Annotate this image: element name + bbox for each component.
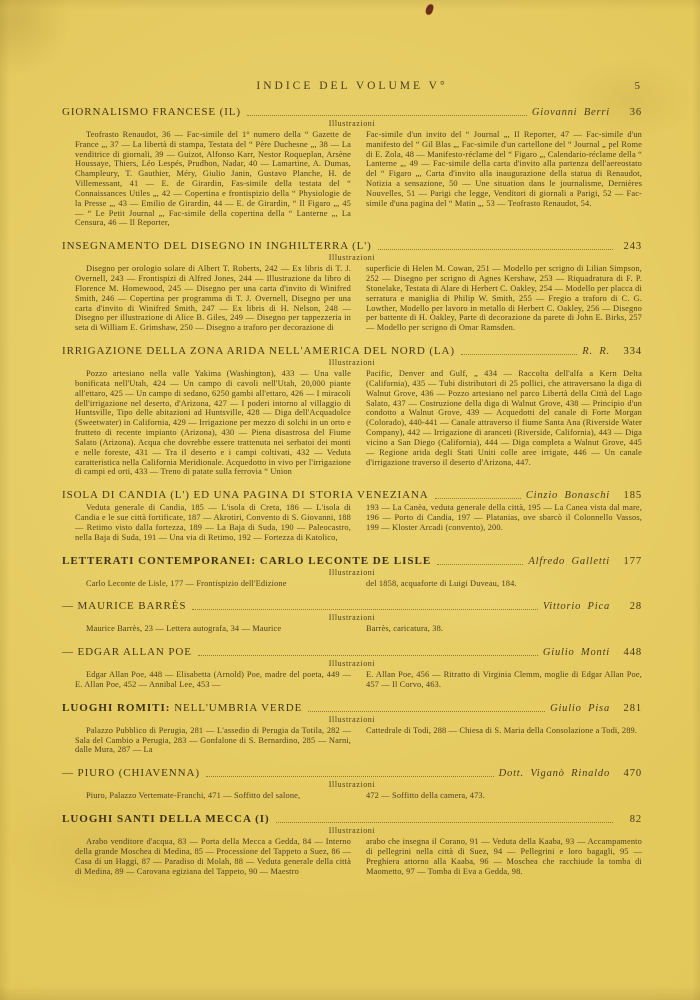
entry-title-strong: LUOGHI ROMITI: [62,702,174,714]
illustrations-label: Illustrazioni [62,826,642,835]
entry-title: INSEGNAMENTO DEL DISEGNO IN INGHILTERRA … [62,240,372,252]
entry-title: ISOLA DI CANDIA (L') ED UNA PAGINA DI ST… [62,489,429,501]
illustrations-column-right: Fac-simile d'un invito del “ Journal „, … [366,130,642,228]
dotted-leader [192,608,537,610]
index-entry: IRRIGAZIONE DELLA ZONA ARIDA NELL'AMERIC… [62,345,642,477]
entry-title: — EDGAR ALLAN POE [62,646,192,658]
index-entry: LETTERATI CONTEMPORANEI: CARLO LECONTE D… [62,555,642,589]
entry-heading: ISOLA DI CANDIA (L') ED UNA PAGINA DI ST… [62,489,642,501]
entry-title: — MAURICE BARRÈS [62,600,186,612]
entry-title-text: — PIURO (CHIAVENNA) [62,767,200,779]
entry-page-number: 82 [618,814,642,825]
entry-page-number: 36 [618,107,642,118]
entry-illustrations-text: Maurice Barrès, 23 — Lettera autografa, … [75,624,642,634]
entry-page-number: 243 [618,241,642,252]
dotted-leader [461,353,577,355]
entry-heading: — PIURO (CHIAVENNA) Dott. Viganò Rinaldo… [62,767,642,779]
page-content: INDICE DEL VOLUME V° 5 GIORNALISMO FRANC… [0,0,700,876]
dotted-leader [198,654,538,656]
entry-title-text: NELL'UMBRIA VERDE [174,702,302,714]
entry-title: — PIURO (CHIAVENNA) [62,767,200,779]
index-entry: LUOGHI ROMITI: NELL'UMBRIA VERDE Giulio … [62,702,642,755]
illustrations-column-right: Barrès, caricatura, 38. [366,624,642,634]
illustrations-label: Illustrazioni [62,715,642,724]
entry-title: LUOGHI ROMITI: NELL'UMBRIA VERDE [62,702,302,714]
entry-page-number: 28 [618,601,642,612]
entry-page-number: 448 [618,647,642,658]
entry-heading: — EDGAR ALLAN POE Giulio Monti 448 [62,646,642,658]
illustrations-label: Illustrazioni [62,119,642,128]
entry-title-text: IRRIGAZIONE DELLA ZONA ARIDA NELL'AMERIC… [62,345,455,357]
entry-heading: LUOGHI ROMITI: NELL'UMBRIA VERDE Giulio … [62,702,642,714]
entry-author: Vittorio Pica [543,601,610,612]
entry-title: GIORNALISMO FRANCESE (IL) [62,106,241,118]
entry-title: LUOGHI SANTI DELLA MECCA (I) [62,813,270,825]
dotted-leader [378,248,613,250]
entry-page-number: 281 [618,703,642,714]
entry-title-strong: LUOGHI SANTI DELLA MECCA (I) [62,813,270,825]
illustrations-column-left: Maurice Barrès, 23 — Lettera autografa, … [75,624,351,634]
entry-illustrations-text: Arabo venditore d'acqua, 83 — Porta dell… [75,837,642,876]
illustrations-column-right: 193 — La Canèa, veduta generale della ci… [366,503,642,542]
illustrations-column-left: Piuro, Palazzo Vertemate-Franchi, 471 — … [75,791,351,801]
dotted-leader [435,497,521,499]
entry-heading: LUOGHI SANTI DELLA MECCA (I) 82 [62,813,642,825]
entry-title-text: — MAURICE BARRÈS [62,600,186,612]
entry-title: IRRIGAZIONE DELLA ZONA ARIDA NELL'AMERIC… [62,345,455,357]
entry-page-number: 177 [618,556,642,567]
entry-illustrations-text: Pozzo artesiano nella valle Yakima (Wash… [75,369,642,477]
illustrations-column-left: Pozzo artesiano nella valle Yakima (Wash… [75,369,351,477]
illustrations-column-right: superficie di Helen M. Cowan, 251 — Mode… [366,264,642,333]
dotted-leader [276,821,613,823]
scanned-index-page: INDICE DEL VOLUME V° 5 GIORNALISMO FRANC… [0,0,700,1000]
entry-illustrations-text: Disegno per orologio solare di Albert T.… [75,264,642,333]
entry-title-text: INSEGNAMENTO DEL DISEGNO IN INGHILTERRA … [62,240,372,252]
entry-illustrations-text: Edgar Allan Poe, 448 — Elisabetta (Arnol… [75,670,642,690]
entry-title-text: — EDGAR ALLAN POE [62,646,192,658]
dotted-leader [437,563,523,565]
illustrations-column-left: Veduta generale di Candia, 185 — L'isola… [75,503,351,542]
entry-author: Cinzio Bonaschi [526,490,610,501]
entry-illustrations-text: Piuro, Palazzo Vertemate-Franchi, 471 — … [75,791,642,801]
dotted-leader [247,114,527,116]
entry-title-text: GIORNALISMO FRANCESE (IL) [62,106,241,118]
illustrations-column-right: E. Allan Poe, 456 — Ritratto di Virginia… [366,670,642,690]
illustrations-column-left: Palazzo Pubblico di Perugia, 281 — L'ass… [75,726,351,755]
entry-illustrations-text: Teofrasto Renaudot, 36 — Fac-simile del … [75,130,642,228]
entry-illustrations-text: Carlo Leconte de Lisle, 177 — Frontispiz… [75,579,642,589]
entry-page-number: 334 [618,346,642,357]
entry-author: Alfredo Galletti [528,556,610,567]
index-entry: LUOGHI SANTI DELLA MECCA (I) 82 Illustra… [62,813,642,876]
illustrations-column-left: Teofrasto Renaudot, 36 — Fac-simile del … [75,130,351,228]
entry-author: Dott. Viganò Rinaldo [499,768,610,779]
illustrations-label: Illustrazioni [62,253,642,262]
entry-author: Giulio Pisa [550,703,610,714]
illustrations-column-left: Disegno per orologio solare di Albert T.… [75,264,351,333]
illustrations-label: Illustrazioni [62,659,642,668]
illustrations-column-left: Edgar Allan Poe, 448 — Elisabetta (Arnol… [75,670,351,690]
page-title: INDICE DEL VOLUME V° [62,80,642,92]
illustrations-column-left: Carlo Leconte de Lisle, 177 — Frontispiz… [75,579,351,589]
illustrations-label: Illustrazioni [62,613,642,622]
folio-page-number: 5 [635,80,641,92]
illustrations-column-right: Cattedrale di Todi, 288 — Chiesa di S. M… [366,726,642,755]
dotted-leader [308,710,545,712]
entry-illustrations-text: Palazzo Pubblico di Perugia, 281 — L'ass… [75,726,642,755]
index-entry: INSEGNAMENTO DEL DISEGNO IN INGHILTERRA … [62,240,642,333]
entry-author: Giovanni Berri [532,107,610,118]
illustrations-column-left: Arabo venditore d'acqua, 83 — Porta dell… [75,837,351,876]
illustrations-column-right: 472 — Soffitto della camera, 473. [366,791,642,801]
illustrations-column-right: arabo che insegna il Corano, 91 — Veduta… [366,837,642,876]
illustrations-label: Illustrazioni [62,780,642,789]
index-entry: — MAURICE BARRÈS Vittorio Pica 28 Illust… [62,600,642,634]
illustrations-column-right: Pacific, Denver and Gulf, „ 434 — Raccol… [366,369,642,477]
entry-title-strong: LETTERATI CONTEMPORANEI: CARLO LECONTE D… [62,555,431,567]
entry-illustrations-text: Veduta generale di Candia, 185 — L'isola… [75,503,642,542]
index-entry: — EDGAR ALLAN POE Giulio Monti 448 Illus… [62,646,642,690]
dotted-leader [206,775,494,777]
entry-heading: GIORNALISMO FRANCESE (IL) Giovanni Berri… [62,106,642,118]
index-entry: — PIURO (CHIAVENNA) Dott. Viganò Rinaldo… [62,767,642,801]
entry-page-number: 470 [618,768,642,779]
entry-heading: LETTERATI CONTEMPORANEI: CARLO LECONTE D… [62,555,642,567]
illustrations-column-right: del 1858, acquaforte di Luigi Duveau, 18… [366,579,642,589]
entry-heading: INSEGNAMENTO DEL DISEGNO IN INGHILTERRA … [62,240,642,252]
illustrations-label: Illustrazioni [62,358,642,367]
page-header: INDICE DEL VOLUME V° 5 [62,80,642,92]
entry-title: LETTERATI CONTEMPORANEI: CARLO LECONTE D… [62,555,431,567]
entry-author: R. R. [582,346,610,357]
entry-page-number: 185 [618,490,642,501]
index-entry: ISOLA DI CANDIA (L') ED UNA PAGINA DI ST… [62,489,642,542]
entry-heading: — MAURICE BARRÈS Vittorio Pica 28 [62,600,642,612]
entry-author: Giulio Monti [543,647,610,658]
index-section-list: GIORNALISMO FRANCESE (IL) Giovanni Berri… [62,106,642,876]
entry-title-text: ISOLA DI CANDIA (L') ED UNA PAGINA DI ST… [62,489,429,501]
illustrations-label: Illustrazioni [62,568,642,577]
entry-heading: IRRIGAZIONE DELLA ZONA ARIDA NELL'AMERIC… [62,345,642,357]
index-entry: GIORNALISMO FRANCESE (IL) Giovanni Berri… [62,106,642,228]
